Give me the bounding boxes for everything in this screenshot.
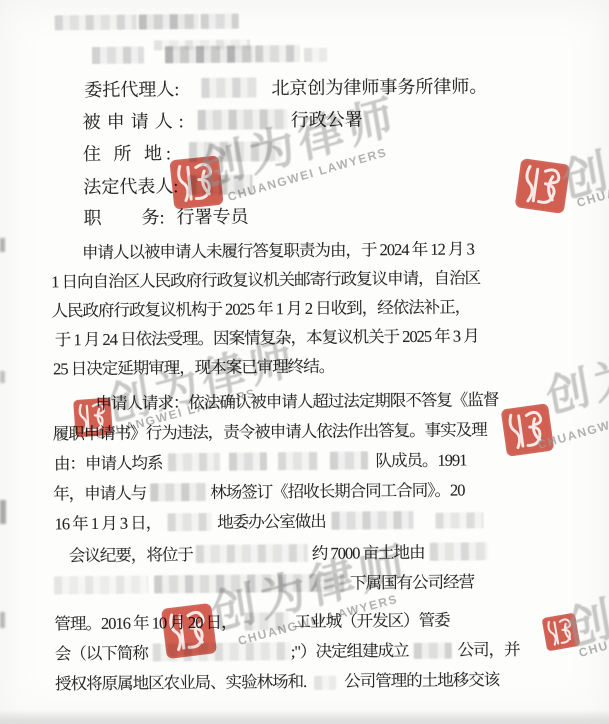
redaction-box bbox=[196, 544, 308, 563]
document-text: 下属国有公司经营 bbox=[350, 568, 474, 593]
redaction-box bbox=[429, 542, 487, 561]
document-text: 被申请人: bbox=[83, 107, 190, 134]
body-line: 管理。2016 年 10 月 20 日，工业城（开发区）管委 bbox=[54, 607, 449, 635]
spacing-gap bbox=[178, 191, 188, 192]
document-text: 于 1 月 24 日依法受理。因案情复杂，本复议机关于 2025 年 3 月 bbox=[55, 322, 479, 350]
spacing-gap bbox=[267, 466, 278, 467]
spacing-gap bbox=[256, 93, 271, 94]
document-text: 法定代表人: bbox=[83, 172, 178, 199]
redaction-box bbox=[228, 452, 266, 470]
scanned-document-page: 委托代理人:北京创为律师事务所律师。被申请人:行政公署住 所 地:法定代表人:职… bbox=[0, 0, 609, 724]
redaction-box bbox=[332, 511, 414, 530]
redaction-box bbox=[54, 576, 148, 595]
document-text: 工业城（开发区）管委 bbox=[294, 607, 449, 632]
body-line: 履职申请书》行为违法，责令被申请人依法作出答复。事实及理 bbox=[53, 416, 487, 444]
body-line: 申请人请求：依法确认被申请人超过法定期限不答复《监督 bbox=[95, 386, 498, 414]
document-tilt-layer: 委托代理人:北京创为律师事务所律师。被申请人:行政公署住 所 地:法定代表人:职… bbox=[0, 0, 609, 724]
scan-edge-artifact bbox=[0, 371, 5, 383]
redaction-box bbox=[150, 483, 206, 502]
spacing-gap bbox=[175, 158, 189, 159]
line-respondent: 被申请人:行政公署 bbox=[83, 105, 363, 132]
spacing-gap bbox=[163, 467, 168, 468]
spacing-gap bbox=[237, 627, 245, 628]
redaction-box bbox=[277, 452, 317, 470]
redaction-box bbox=[255, 45, 300, 62]
scan-edge-artifact bbox=[0, 238, 5, 252]
document-text: 约 7000 亩土地由 bbox=[312, 539, 425, 564]
document-text: 队成员。1991 bbox=[375, 446, 466, 471]
body-line: 下属国有公司经营 bbox=[54, 568, 474, 596]
spacing-gap bbox=[367, 465, 375, 466]
spacing-gap bbox=[306, 686, 314, 687]
redacted-row-2b bbox=[92, 44, 327, 70]
spacing-gap bbox=[190, 126, 198, 127]
document-text: 由：申请人均系 bbox=[54, 449, 163, 474]
document-text: 职 bbox=[83, 204, 101, 230]
redaction-box bbox=[189, 141, 281, 162]
redaction-box bbox=[314, 676, 336, 690]
document-text: 16 年 1 月 3 日， bbox=[54, 509, 161, 534]
spacing-gap bbox=[220, 467, 229, 468]
spacing-gap bbox=[179, 94, 201, 95]
redaction-box bbox=[188, 174, 252, 195]
redaction-box bbox=[167, 453, 219, 471]
document-text: 25 日决定延期审理，现本案已审理终结。 bbox=[53, 353, 334, 380]
line-agent: 委托代理人:北京创为律师事务所律师。 bbox=[84, 72, 487, 100]
body-line: 会（以下简称;"）决定组建成立公司，并 bbox=[55, 636, 520, 664]
document-text: 行署专员 bbox=[176, 203, 248, 230]
document-text: 人民政府行政复议机构于 2025 年 1 月 2 日收到，经依法补正， bbox=[51, 293, 470, 321]
line-legal-rep: 法定代表人: bbox=[83, 171, 252, 197]
document-text: 会议纪要，将位于 bbox=[69, 541, 193, 566]
document-text: 北京创为律师事务所律师。 bbox=[271, 72, 487, 100]
line-address: 住 所 地: bbox=[83, 138, 281, 164]
document-text: 申请人请求：依法确认被申请人超过法定期限不答复《监督 bbox=[95, 386, 498, 414]
redaction-box bbox=[154, 574, 344, 594]
body-line: 25 日决定延期审理，现本案已审理终结。 bbox=[53, 353, 334, 380]
spacing-gap bbox=[161, 527, 167, 528]
document-text: 林场签订《招收长期合同工合同》。20 bbox=[210, 476, 464, 502]
spacing-gap bbox=[102, 223, 142, 224]
redaction-box bbox=[201, 77, 256, 98]
document-text: 申请人以被申请人未履行答复职责为由，于 2024 年 12 月 3 bbox=[82, 235, 474, 263]
document-text: 会（以下简称 bbox=[55, 640, 148, 665]
redaction-box bbox=[139, 14, 199, 30]
redaction-box bbox=[201, 14, 239, 29]
document-text: 年，申请人与 bbox=[53, 480, 146, 505]
redaction-box bbox=[304, 48, 327, 62]
body-line: 于 1 月 24 日依法受理。因案情复杂，本复议机关于 2025 年 3 月 bbox=[55, 322, 479, 350]
document-text: 务: bbox=[141, 203, 164, 229]
document-text: 授权将原属地区农业局、实验林场和. bbox=[55, 668, 306, 694]
redaction-box bbox=[198, 109, 288, 130]
photo-bottom-shadow bbox=[0, 710, 609, 724]
body-line: 授权将原属地区农业局、实验林场和.公司管理的土地移交该 bbox=[55, 666, 499, 694]
document-text: 住 所 地: bbox=[83, 139, 175, 166]
body-line: 会议纪要，将位于约 7000 亩土地由 bbox=[69, 538, 488, 566]
redaction-box bbox=[414, 643, 452, 659]
redaction-box bbox=[436, 512, 484, 528]
body-line: 年，申请人与林场签订《招收长期合同工合同》。20 bbox=[53, 476, 464, 504]
document-body: 委托代理人:北京创为律师事务所律师。被申请人:行政公署住 所 地:法定代表人:职… bbox=[0, 0, 606, 3]
scan-edge-artifact bbox=[0, 500, 6, 524]
redaction-box bbox=[165, 45, 254, 63]
spacing-gap bbox=[336, 686, 344, 687]
spacing-gap bbox=[165, 222, 177, 223]
document-text: 公司，并 bbox=[457, 636, 519, 661]
document-text: 地委办公室做出 bbox=[217, 508, 326, 533]
document-text: 委托代理人: bbox=[84, 75, 179, 102]
redaction-box bbox=[245, 612, 289, 630]
redaction-box bbox=[153, 642, 291, 661]
body-line: 1 日向自治区人民政府行政复议机关邮寄行政复议申请，自治区 bbox=[51, 264, 480, 292]
body-line: 人民政府行政复议机构于 2025 年 1 月 2 日收到，经依法补正， bbox=[51, 293, 470, 321]
redaction-box bbox=[329, 451, 367, 469]
body-line: 申请人以被申请人未履行答复职责为由，于 2024 年 12 月 3 bbox=[82, 235, 474, 263]
scan-edge-artifact bbox=[0, 612, 5, 628]
spacing-gap bbox=[414, 525, 436, 526]
redaction-box bbox=[92, 47, 144, 64]
line-position: 职务:行署专员 bbox=[83, 203, 248, 229]
document-text: 公司管理的土地移交该 bbox=[344, 666, 499, 691]
document-text: 行政公署 bbox=[291, 105, 363, 132]
spacing-gap bbox=[317, 466, 329, 467]
body-line: 由：申请人均系队成员。1991 bbox=[54, 446, 467, 474]
document-text: 1 日向自治区人民政府行政复议机关邮寄行政复议申请，自治区 bbox=[51, 264, 480, 292]
document-text: 履职申请书》行为违法，责令被申请人依法作出答复。事实及理 bbox=[53, 416, 487, 444]
redaction-box bbox=[55, 15, 137, 31]
document-text: ;"）决定组建成立 bbox=[291, 637, 409, 662]
document-text: 管理。2016 年 10 月 20 日， bbox=[54, 609, 236, 635]
body-line: 16 年 1 月 3 日，地委办公室做出 bbox=[54, 506, 483, 534]
spacing-gap bbox=[144, 59, 165, 60]
redaction-box bbox=[167, 513, 211, 531]
